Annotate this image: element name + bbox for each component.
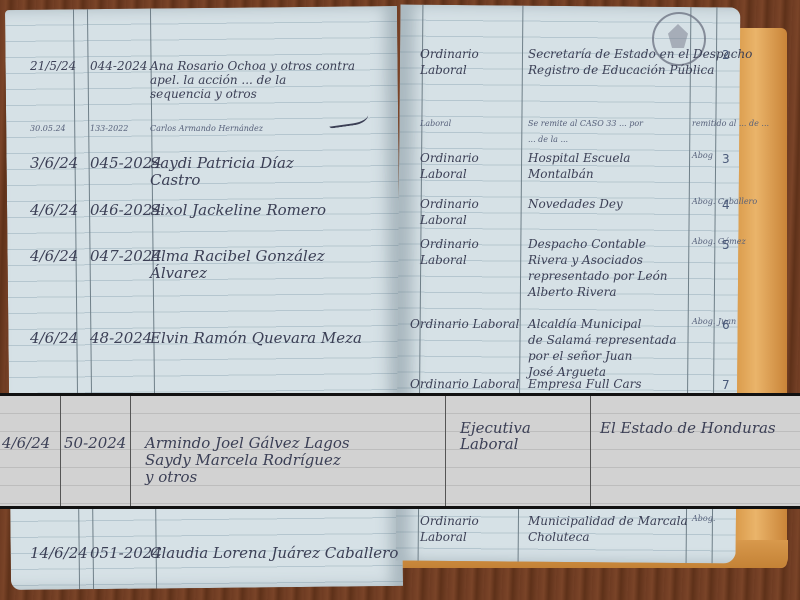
entry-parties: Elvin Ramón Quevara Meza — [150, 330, 362, 347]
entry-row-number: 5 — [722, 238, 730, 252]
entry-date: 4/6/24 — [30, 248, 78, 265]
entry-case-number: 48-2024 — [90, 330, 152, 347]
entry-row-number: 7 — [722, 378, 730, 392]
entry-date: 4/6/24 — [30, 330, 78, 347]
entry-proceeding-type: Laboral — [420, 214, 467, 227]
entry-row-number: 3 — [722, 152, 730, 166]
entry-defendant: Choluteca — [528, 531, 590, 544]
entry-date: 30.05.24 — [30, 125, 66, 134]
entry-defendant: por el señor Juan — [528, 350, 632, 363]
entry-date: 3/6/24 — [30, 155, 78, 172]
entry-proceeding-type: Laboral — [420, 531, 467, 544]
entry-proceeding-type: Laboral — [420, 120, 451, 129]
entry-parties: Elma Racibel González — [150, 248, 325, 265]
entry-parties: Álvarez — [150, 265, 207, 282]
entry-proceeding-type: Ordinario — [420, 152, 479, 165]
entry-parties: apel. la acción ... de la — [150, 74, 286, 87]
entry-date: 21/5/24 — [30, 60, 76, 73]
entry-case-number: 50-2024 — [64, 435, 126, 452]
entry-defendant: Novedades Dey — [528, 198, 623, 211]
entry-proceeding-type: Laboral — [420, 254, 467, 267]
entry-proceeding-type: Ordinario — [420, 198, 479, 211]
entry-parties: Saydi Patricia Díaz — [150, 155, 294, 172]
entry-parties: Castro — [150, 172, 200, 189]
entry-parties: sequencia y otros — [150, 88, 257, 101]
entry-row-number: 6 — [722, 318, 730, 332]
entry-row-number: 2 — [722, 48, 730, 62]
entry-defendant: Alcaldía Municipal — [528, 318, 642, 331]
entry-defendant: Empresa Full Cars — [528, 378, 642, 391]
entry-proceeding-type: Ordinario — [420, 48, 479, 61]
entry-defendant: Montalbán — [528, 168, 594, 181]
entry-proceeding-type: Ordinario — [420, 238, 479, 251]
entry-parties: Saydy Marcela Rodríguez — [145, 452, 341, 469]
entry-date: 4/6/24 — [2, 435, 50, 452]
entry-proceeding-type: Ordinario — [420, 515, 479, 528]
entry-clerk: Abog. Gómez — [692, 238, 746, 247]
entry-defendant: Rivera y Asociados — [528, 254, 643, 267]
entry-defendant: representado por León — [528, 270, 668, 283]
entry-defendant: Se remite al CASO 33 ... por — [528, 120, 643, 129]
entry-defendant: Despacho Contable — [528, 238, 646, 251]
entry-defendant: Alberto Rivera — [528, 286, 617, 299]
entry-proceeding-type: Ordinario Laboral — [410, 318, 519, 331]
entry-row-number: 4 — [722, 198, 730, 212]
entry-defendant: Municipalidad de Marcala — [528, 515, 688, 528]
entry-proceeding-type: Laboral — [420, 168, 467, 181]
entry-proceeding-type: Ordinario Laboral — [410, 378, 519, 391]
entry-parties: Armindo Joel Gálvez Lagos — [145, 435, 350, 452]
entry-date: 4/6/24 — [30, 202, 78, 219]
entry-clerk: remitido al ... de ... — [692, 120, 769, 129]
entry-parties: Claudia Lorena Juárez Caballero — [150, 545, 398, 562]
entry-parties: Carlos Armando Hernández — [150, 125, 263, 134]
entry-parties: y otros — [145, 469, 197, 486]
entry-defendant: Secretaría de Estado en el Despacho — [528, 48, 752, 61]
entry-parties: Ana Rosario Ochoa y otros contra — [150, 60, 355, 73]
entry-parties: Sixol Jackeline Romero — [150, 202, 326, 219]
entry-defendant: Hospital Escuela — [528, 152, 630, 165]
entry-clerk: Abog. — [692, 515, 715, 524]
entry-defendant: ... de la ... — [528, 136, 568, 145]
entry-proceeding-type: Laboral — [460, 436, 518, 453]
entry-case-number: 133-2022 — [90, 125, 128, 134]
entry-clerk: Abog — [692, 152, 713, 161]
entry-defendant: El Estado de Honduras — [600, 420, 776, 437]
entry-proceeding-type: Laboral — [420, 64, 467, 77]
entry-case-number: 044-2024 — [90, 60, 148, 73]
entry-defendant: Registro de Educación Pública — [528, 64, 714, 77]
entry-date: 14/6/24 — [30, 545, 88, 562]
entry-defendant: de Salamá representada — [528, 334, 676, 347]
